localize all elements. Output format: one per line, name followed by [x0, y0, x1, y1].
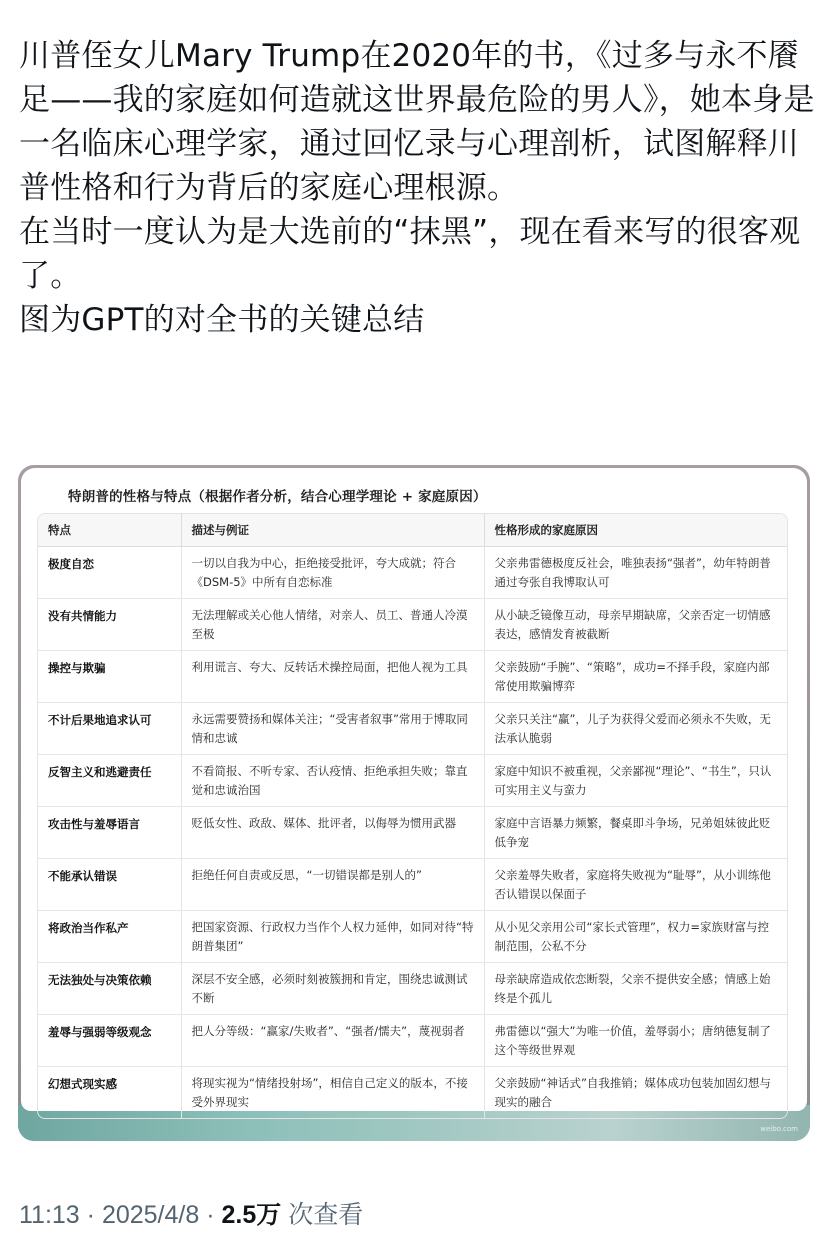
separator: ·: [80, 1201, 102, 1229]
traits-table: 特点 描述与例证 性格形成的家庭原因 极度自恋 一切以自我为中心，拒绝接受批评，…: [38, 514, 787, 1118]
table-row: 攻击性与羞辱语言 贬低女性、政敌、媒体、批评者，以侮辱为惯用武器 家庭中言语暴力…: [38, 806, 787, 858]
table-row: 无法独处与决策依赖 深层不安全感，必须时刻被簇拥和肯定，围绕忠诚测试不断 母亲缺…: [38, 962, 787, 1014]
table-row: 操控与欺骗 利用谎言、夸大、反转话术操控局面，把他人视为工具 父亲鼓励“手腕”、…: [38, 650, 787, 702]
table-card: 特朗普的性格与特点（根据作者分析，结合心理学理论 + 家庭原因） 特点 描述与例…: [21, 468, 807, 1111]
separator: ·: [199, 1201, 221, 1229]
cell-family-cause: 家庭中言语暴力频繁，餐桌即斗争场，兄弟姐妹彼此贬低争宠: [484, 806, 787, 858]
cell-trait: 幻想式现实感: [38, 1066, 181, 1118]
cell-description: 把国家资源、行政权力当作个人权力延伸，如同对待“特朗普集团”: [181, 910, 484, 962]
attached-image[interactable]: weibo.com 特朗普的性格与特点（根据作者分析，结合心理学理论 + 家庭原…: [18, 465, 810, 1141]
cell-trait: 羞辱与强弱等级观念: [38, 1014, 181, 1066]
post-paragraph: 在当时一度认为是大选前的“抹黑”，现在看来写的很客观了。: [19, 210, 819, 298]
cell-family-cause: 家庭中知识不被重视，父亲鄙视“理论”、“书生”，只认可实用主义与蛮力: [484, 754, 787, 806]
column-header-family-cause: 性格形成的家庭原因: [484, 514, 787, 546]
cell-description: 无法理解或关心他人情绪，对亲人、员工、普通人冷漠至极: [181, 598, 484, 650]
post: 川普侄女儿Mary Trump在2020年的书，《过多与永不餍足——我的家庭如何…: [0, 0, 828, 1246]
cell-family-cause: 父亲只关注“赢”，儿子为获得父爱而必须永不失败，无法承认脆弱: [484, 702, 787, 754]
table-row: 将政治当作私产 把国家资源、行政权力当作个人权力延伸，如同对待“特朗普集团” 从…: [38, 910, 787, 962]
table-title: 特朗普的性格与特点（根据作者分析，结合心理学理论 + 家庭原因）: [68, 485, 487, 505]
cell-trait: 没有共情能力: [38, 598, 181, 650]
cell-trait: 操控与欺骗: [38, 650, 181, 702]
cell-family-cause: 父亲弗雷德极度反社会，唯独表扬“强者”，幼年特朗普通过夸张自我博取认可: [484, 546, 787, 598]
cell-description: 将现实视为“情绪投射场”，相信自己定义的版本，不接受外界现实: [181, 1066, 484, 1118]
post-date[interactable]: 2025/4/8: [102, 1201, 199, 1229]
cell-family-cause: 父亲羞辱失败者，家庭将失败视为“耻辱”，从小训练他否认错误以保面子: [484, 858, 787, 910]
cell-description: 永远需要赞扬和媒体关注；“受害者叙事”常用于博取同情和忠诚: [181, 702, 484, 754]
table-row: 幻想式现实感 将现实视为“情绪投射场”，相信自己定义的版本，不接受外界现实 父亲…: [38, 1066, 787, 1118]
table-row: 没有共情能力 无法理解或关心他人情绪，对亲人、员工、普通人冷漠至极 从小缺乏镜像…: [38, 598, 787, 650]
cell-family-cause: 父亲鼓励“手腕”、“策略”，成功=不择手段，家庭内部常使用欺骗博弈: [484, 650, 787, 702]
post-meta: 11:13 · 2025/4/8 · 2.5万 次查看: [19, 1195, 363, 1231]
cell-family-cause: 从小缺乏镜像互动，母亲早期缺席，父亲否定一切情感表达，感情发育被截断: [484, 598, 787, 650]
post-paragraph: 川普侄女儿Mary Trump在2020年的书，《过多与永不餍足——我的家庭如何…: [19, 34, 819, 210]
cell-description: 贬低女性、政敌、媒体、批评者，以侮辱为惯用武器: [181, 806, 484, 858]
watermark: weibo.com: [760, 1125, 798, 1133]
cell-family-cause: 父亲鼓励“神话式”自我推销；媒体成功包装加固幻想与现实的融合: [484, 1066, 787, 1118]
cell-description: 把人分等级：“赢家/失败者”、“强者/懦夫”，蔑视弱者: [181, 1014, 484, 1066]
column-header-description: 描述与例证: [181, 514, 484, 546]
cell-trait: 不计后果地追求认可: [38, 702, 181, 754]
cell-trait: 不能承认错误: [38, 858, 181, 910]
table-header-row: 特点 描述与例证 性格形成的家庭原因: [38, 514, 787, 546]
traits-table-wrapper: 特点 描述与例证 性格形成的家庭原因 极度自恋 一切以自我为中心，拒绝接受批评，…: [37, 513, 788, 1119]
cell-trait: 将政治当作私产: [38, 910, 181, 962]
view-count: 2.5万: [221, 1201, 281, 1229]
cell-family-cause: 母亲缺席造成依恋断裂，父亲不提供安全感；情感上始终是个孤儿: [484, 962, 787, 1014]
cell-trait: 反智主义和逃避责任: [38, 754, 181, 806]
cell-trait: 无法独处与决策依赖: [38, 962, 181, 1014]
post-time[interactable]: 11:13: [19, 1201, 80, 1229]
table-row: 不能承认错误 拒绝任何自责或反思，“一切错误都是别人的” 父亲羞辱失败者，家庭将…: [38, 858, 787, 910]
cell-description: 利用谎言、夸大、反转话术操控局面，把他人视为工具: [181, 650, 484, 702]
cell-trait: 攻击性与羞辱语言: [38, 806, 181, 858]
cell-trait: 极度自恋: [38, 546, 181, 598]
post-text: 川普侄女儿Mary Trump在2020年的书，《过多与永不餍足——我的家庭如何…: [19, 34, 819, 342]
cell-description: 不看简报、不听专家、否认疫情、拒绝承担失败；靠直觉和忠诚治国: [181, 754, 484, 806]
table-row: 羞辱与强弱等级观念 把人分等级：“赢家/失败者”、“强者/懦夫”，蔑视弱者 弗雷…: [38, 1014, 787, 1066]
view-label: 次查看: [281, 1201, 363, 1229]
table-row: 不计后果地追求认可 永远需要赞扬和媒体关注；“受害者叙事”常用于博取同情和忠诚 …: [38, 702, 787, 754]
cell-description: 一切以自我为中心，拒绝接受批评，夸大成就；符合《DSM-5》中所有自恋标准: [181, 546, 484, 598]
cell-family-cause: 从小见父亲用公司“家长式管理”，权力=家族财富与控制范围，公私不分: [484, 910, 787, 962]
cell-family-cause: 弗雷德以“强大”为唯一价值，羞辱弱小；唐纳德复制了这个等级世界观: [484, 1014, 787, 1066]
cell-description: 深层不安全感，必须时刻被簇拥和肯定，围绕忠诚测试不断: [181, 962, 484, 1014]
cell-description: 拒绝任何自责或反思，“一切错误都是别人的”: [181, 858, 484, 910]
table-row: 反智主义和逃避责任 不看简报、不听专家、否认疫情、拒绝承担失败；靠直觉和忠诚治国…: [38, 754, 787, 806]
table-row: 极度自恋 一切以自我为中心，拒绝接受批评，夸大成就；符合《DSM-5》中所有自恋…: [38, 546, 787, 598]
column-header-trait: 特点: [38, 514, 181, 546]
post-paragraph: 图为GPT的对全书的关键总结: [19, 298, 819, 342]
